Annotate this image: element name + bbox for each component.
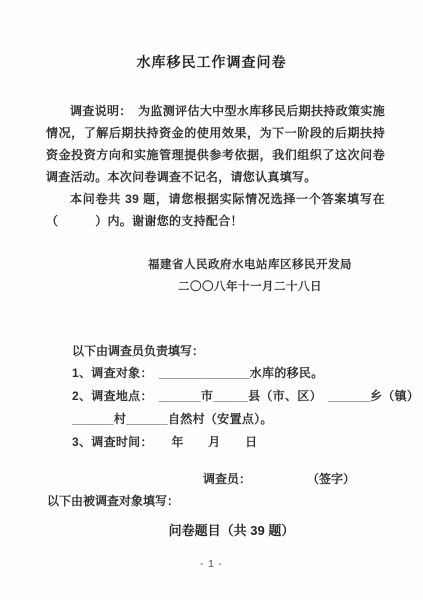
survey-answer-note: 本问卷共 39 题，请您根据实际情况选择一个答案填写在（ ）内。谢谢您的支持配合…: [46, 188, 385, 232]
signature-block: 福建省人民政府水电站库区移民开发局 二〇〇八年十一月二十八日: [90, 254, 410, 298]
questionnaire-subtitle: 问卷题目（共 39 题）: [40, 520, 423, 542]
item-survey-location: 2、调查地点： ______市_____县（市、区） ______乡（镇）: [72, 385, 423, 408]
respondent-section-heading: 以下由被调查对象填写：: [47, 490, 423, 512]
page-title: 水库移民工作调查问卷: [0, 54, 423, 70]
surveyor-signature-line: 调查员： （签字）: [203, 468, 423, 490]
item-survey-subject: 1、调查对象： _____________水库的移民。: [72, 362, 423, 385]
surveyor-label: 调查员：: [203, 468, 251, 490]
questionnaire-page: 水库移民工作调查问卷 调查说明： 为监测评估大中型水库移民后期扶持政策实施情况，…: [0, 0, 423, 600]
surveyor-section-heading: 以下由调查员负责填写：: [72, 340, 423, 362]
item-survey-location-continued: ______村______自然村（安置点）。: [72, 408, 423, 431]
survey-instructions: 调查说明： 为监测评估大中型水库移民后期扶持政策实施情况，了解后期扶持资金的使用…: [46, 100, 385, 188]
item-survey-date: 3、调查时间： 年 月 日: [72, 431, 423, 454]
issue-date: 二〇〇八年十一月二十八日: [90, 276, 410, 298]
page-number: - 1 -: [0, 558, 423, 572]
issuing-organization: 福建省人民政府水电站库区移民开发局: [90, 254, 410, 276]
signature-hint: （签字）: [307, 468, 355, 490]
